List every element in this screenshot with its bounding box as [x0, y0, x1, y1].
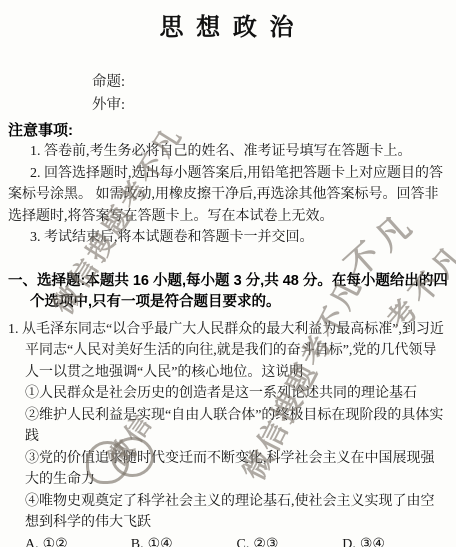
choice-value: ③④ — [360, 537, 385, 547]
notice-items: 1. 答卷前,考生务必将自己的姓名、准考证号填写在答题卡上。2. 回答选择题时,… — [8, 141, 448, 249]
choice-label: C. — [237, 537, 250, 547]
answer-choice: C.②③ — [237, 535, 343, 547]
answer-choices-row: A.①②B.①④C.②③D.③④ — [25, 535, 448, 547]
choice-value: ①④ — [148, 537, 173, 547]
question-1-stem: 1. 从毛泽东同志“以合乎最广大人民群众的最大利益为最高标准”,到习近平同志“人… — [8, 319, 448, 384]
choice-label: D. — [342, 537, 356, 547]
notice-heading: 注意事项: — [8, 120, 448, 141]
proposer-label: 命题: — [92, 71, 448, 94]
choice-value: ②③ — [253, 537, 278, 547]
question-1: 1. 从毛泽东同志“以合乎最广大人民群众的最大利益为最高标准”,到习近平同志“人… — [8, 319, 448, 547]
section-heading: 一、选择题:本题共 16 小题,每小题 3 分,共 48 分。在每小题给出的四个… — [8, 271, 448, 314]
question-statement: ③党的价值追求随时代变迁而不断变化,科学社会主义在中国展现强大的生命力 — [25, 448, 448, 491]
notice-item: 2. 回答选择题时,选出每小题答案后,用铅笔把答题卡上对应题目的答案标号涂黑。 … — [8, 163, 448, 228]
question-1-statements: ①人民群众是社会历史的创造者是这一系列论述共同的理论基石②维护人民利益是实现“自… — [8, 383, 448, 534]
paper-title: 思 想 政 治 — [8, 0, 448, 42]
exam-paper-page: 思 想 政 治 命题: 外审: 注意事项: 1. 答卷前,考生务必将自己的姓名、… — [0, 0, 456, 547]
paper-content: 思 想 政 治 命题: 外审: 注意事项: 1. 答卷前,考生务必将自己的姓名、… — [0, 0, 456, 547]
answer-choice: D.③④ — [342, 535, 448, 547]
question-statement: ①人民群众是社会历史的创造者是这一系列论述共同的理论基石 — [25, 383, 448, 405]
reviewer-label: 外审: — [92, 94, 448, 117]
choice-label: B. — [131, 537, 144, 547]
answer-choice: B.①④ — [131, 535, 237, 547]
choice-label: A. — [25, 537, 39, 547]
notice-item: 3. 考试结束后,将本试题卷和答题卡一并交回。 — [8, 227, 448, 249]
choice-value: ①② — [43, 537, 68, 547]
question-statement: ②维护人民利益是实现“自由人联合体”的终极目标在现阶段的具体实践 — [25, 405, 448, 448]
notice-item: 1. 答卷前,考生务必将自己的姓名、准考证号填写在答题卡上。 — [8, 141, 448, 163]
answer-choice: A.①② — [25, 535, 131, 547]
question-statement: ④唯物史观奠定了科学社会主义的理论基石,使社会主义实现了由空想到科学的伟大飞跃 — [25, 491, 448, 534]
exam-meta-block: 命题: 外审: — [92, 71, 448, 116]
